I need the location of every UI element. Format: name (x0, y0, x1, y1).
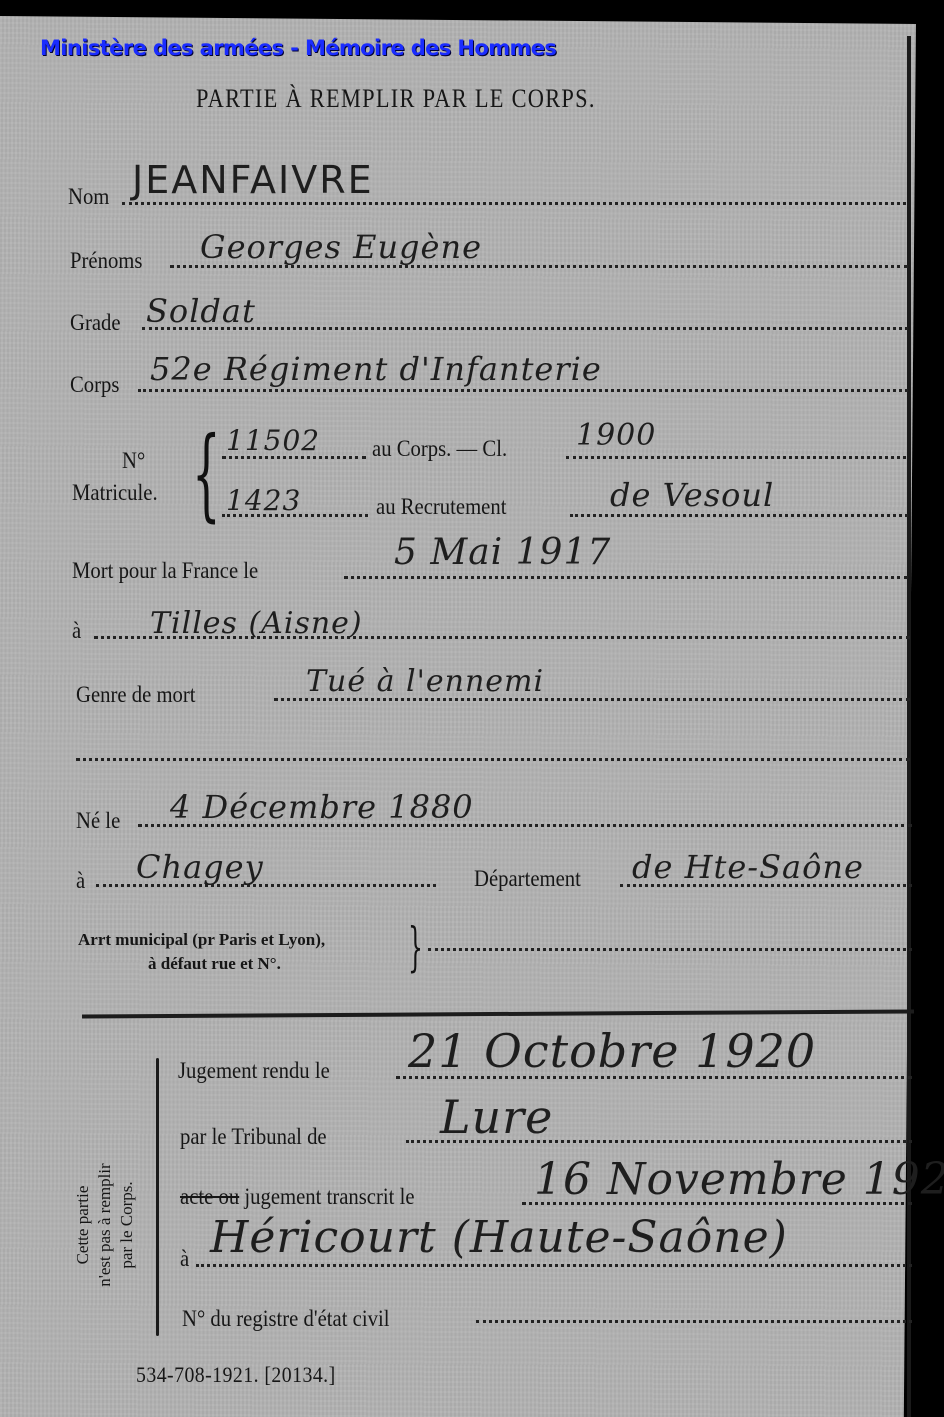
matricule-label-2: Matricule. (72, 480, 167, 506)
matricule-recrutement-value: 1423 (226, 484, 301, 517)
jugement-bracket (156, 1058, 159, 1336)
form-title: PARTIE À REMPLIR PAR LE CORPS. (196, 84, 596, 114)
transcrit-row: acte ou jugement transcrit le (180, 1184, 441, 1210)
side-note-line-1: Cette partie (72, 1100, 94, 1350)
grade-row: Grade (70, 310, 126, 336)
side-note: Cette partie n'est pas à remplir par le … (72, 1100, 138, 1350)
page-edge (907, 36, 911, 1417)
matricule-label-1: N° (122, 448, 148, 474)
arrondissement-brace: } (408, 922, 423, 974)
mort-a-label: à (72, 618, 81, 644)
side-note-line-3: par le Corps. (116, 1100, 138, 1350)
ne-a-row: à (76, 868, 86, 894)
nom-value: JEANFAIVRE (132, 158, 374, 202)
transcrit-value: 16 Novembre 1920 (534, 1154, 944, 1205)
transcrit-a-label: à (180, 1246, 189, 1272)
recrutement-label-row: au Recrutement (376, 494, 521, 520)
mort-a-value: Tilles (Aisne) (150, 606, 363, 641)
registre-label: N° du registre d'état civil (182, 1306, 389, 1332)
corps-row: Corps (70, 372, 125, 398)
departement-row: Département (474, 866, 593, 892)
transcrit-a-row: à (180, 1246, 190, 1272)
genre-mort-label: Genre de mort (76, 682, 196, 708)
arrondissement-label-2: à défaut rue et N°. (148, 954, 281, 974)
side-note-line-2: n'est pas à remplir (94, 1100, 116, 1350)
recrutement-place-value: de Vesoul (610, 476, 774, 514)
mort-a-row: à (72, 618, 82, 644)
departement-label: Département (474, 866, 581, 892)
ne-le-label: Né le (76, 808, 120, 834)
tribunal-row: par le Tribunal de (180, 1124, 343, 1150)
matricule-brace: { (192, 424, 221, 524)
grade-line (142, 327, 908, 330)
watermark: Ministère des armées - Mémoire des Homme… (40, 36, 556, 60)
arrondissement-line (428, 948, 912, 951)
jugement-rendu-row: Jugement rendu le (178, 1058, 347, 1084)
mort-le-value: 5 Mai 1917 (394, 532, 611, 573)
registre-line (476, 1320, 912, 1323)
corps-value: 52e Régiment d'Infanterie (150, 350, 602, 388)
genre-mort-value: Tué à l'ennemi (306, 664, 544, 699)
corps-label: Corps (70, 372, 119, 398)
recrutement-label: au Recrutement (376, 494, 506, 520)
matricule-corps-label-row: au Corps. — Cl. (372, 436, 522, 462)
ne-a-value: Chagey (136, 848, 264, 886)
tribunal-value: Lure (440, 1090, 553, 1144)
transcrit-strike: acte ou (180, 1184, 239, 1209)
nom-line (122, 202, 906, 205)
ne-le-value: 4 Décembre 1880 (170, 788, 474, 826)
mort-le-row: Mort pour la France le (72, 558, 279, 584)
tribunal-label: par le Tribunal de (180, 1124, 327, 1150)
jugement-rendu-label: Jugement rendu le (178, 1058, 330, 1084)
genre-mort-row: Genre de mort (76, 682, 209, 708)
transcrit-a-line (196, 1264, 912, 1267)
classe-line (566, 456, 906, 459)
nom-label: Nom (68, 184, 109, 210)
prenoms-label: Prénoms (70, 248, 142, 274)
print-reference: 534-708-1921. [20134.] (136, 1362, 336, 1388)
mort-le-label: Mort pour la France le (72, 558, 258, 584)
ne-le-row: Né le (76, 808, 125, 834)
transcrit-a-value: Héricourt (Haute-Saône) (210, 1212, 788, 1263)
grade-value: Soldat (146, 292, 256, 330)
mort-le-line (344, 576, 908, 579)
prenoms-row: Prénoms (70, 248, 151, 274)
ne-a-label: à (76, 868, 85, 894)
departement-value: de Hte-Saône (632, 848, 864, 886)
matricule-corps-value: 11502 (226, 424, 320, 457)
jugement-rendu-value: 21 Octobre 1920 (408, 1024, 816, 1078)
corps-line (138, 389, 908, 392)
transcrit-label: jugement transcrit le (244, 1184, 414, 1209)
matricule-corps-label: au Corps. — Cl. (372, 436, 507, 462)
arrondissement-label-1: Arrt municipal (pr Paris et Lyon), (78, 930, 325, 950)
registre-row: N° du registre d'état civil (182, 1306, 413, 1332)
prenoms-value: Georges Eugène (200, 228, 482, 266)
blank-line (76, 758, 910, 761)
classe-value: 1900 (576, 418, 656, 453)
recrutement-place-line (570, 514, 908, 517)
grade-label: Grade (70, 310, 121, 336)
nom-row: Nom (68, 184, 114, 210)
